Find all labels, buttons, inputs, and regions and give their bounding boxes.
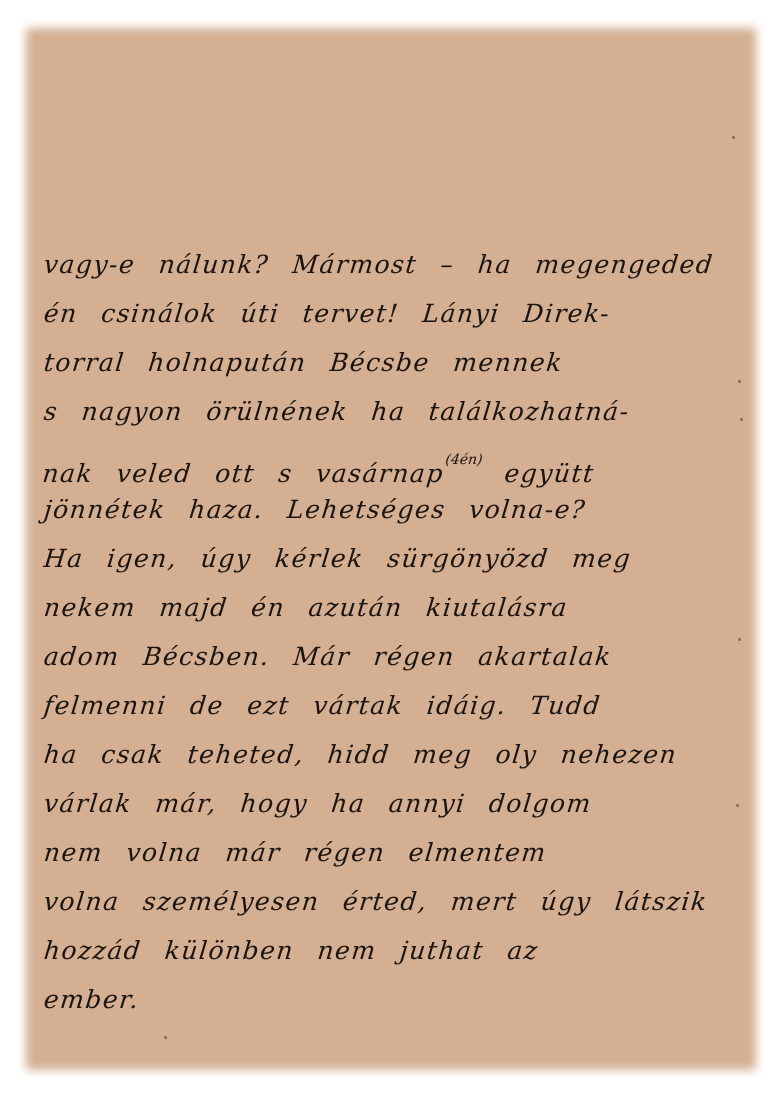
line-text: ha csak teheted, hidd meg oly nehezen xyxy=(42,740,678,769)
line-text: hozzád különben nem juthat az xyxy=(42,936,540,965)
letter-line: vagy-e nálunk? Mármost – ha megengeded xyxy=(41,240,746,289)
paper-speck xyxy=(740,418,743,421)
letter-body: vagy-e nálunk? Mármost – ha megengeded é… xyxy=(44,240,744,1024)
paper-speck xyxy=(736,804,739,807)
line-text: torral holnapután Bécsbe mennek xyxy=(42,348,564,377)
letter-line: nekem majd én azután kiutalásra xyxy=(41,583,746,632)
line-text: felmenni de ezt vártak idáig. Tudd xyxy=(42,691,602,720)
line-text: vagy-e nálunk? Mármost – ha megengeded xyxy=(42,250,715,279)
letter-line: ember. xyxy=(41,975,746,1024)
line-text: nak veled ott s vasárnap xyxy=(41,459,445,488)
line-text: adom Bécsben. Már régen akartalak xyxy=(42,642,613,671)
line-text: nem volna már régen elmentem xyxy=(42,838,548,867)
letter-line: torral holnapután Bécsbe mennek xyxy=(41,338,746,387)
letter-line: volna személyesen érted, mert úgy látszi… xyxy=(41,877,746,926)
letter-line: nem volna már régen elmentem xyxy=(41,828,746,877)
line-text: várlak már, hogy ha annyi dolgom xyxy=(42,789,593,818)
letter-line: jönnétek haza. Lehetséges volna-e? xyxy=(41,485,746,534)
line-text: én csinálok úti tervet! Lányi Direk- xyxy=(42,299,611,328)
letter-line: várlak már, hogy ha annyi dolgom xyxy=(41,779,746,828)
paper-speck xyxy=(164,1036,167,1039)
letter-line: adom Bécsben. Már régen akartalak xyxy=(41,632,746,681)
line-text: ember. xyxy=(42,985,141,1014)
line-text: volna személyesen érted, mert úgy látszi… xyxy=(42,887,709,916)
letter-line: s nagyon örülnének ha találkozhatná- xyxy=(41,387,746,436)
paper-speck xyxy=(738,638,741,641)
line-text: jönnétek haza. Lehetséges volna-e? xyxy=(42,495,587,524)
letter-line: nak veled ott s vasárnap(4én) együtt xyxy=(41,436,746,485)
letter-line: ha csak teheted, hidd meg oly nehezen xyxy=(41,730,746,779)
letter-line: én csinálok úti tervet! Lányi Direk- xyxy=(41,289,746,338)
paper-speck xyxy=(732,136,735,139)
line-text: nekem majd én azután kiutalásra xyxy=(42,593,569,622)
letter-line: felmenni de ezt vártak idáig. Tudd xyxy=(41,681,746,730)
letter-line: Ha igen, úgy kérlek sürgönyözd meg xyxy=(41,534,746,583)
line-text: együtt xyxy=(503,459,596,488)
superscript-note: (4én) xyxy=(445,452,484,468)
line-text: s nagyon örülnének ha találkozhatná- xyxy=(42,397,631,426)
paper-speck xyxy=(738,380,741,383)
letter-line: hozzád különben nem juthat az xyxy=(41,926,746,975)
letter-page: vagy-e nálunk? Mármost – ha megengeded é… xyxy=(16,18,766,1080)
line-text: Ha igen, úgy kérlek sürgönyözd meg xyxy=(42,544,632,573)
